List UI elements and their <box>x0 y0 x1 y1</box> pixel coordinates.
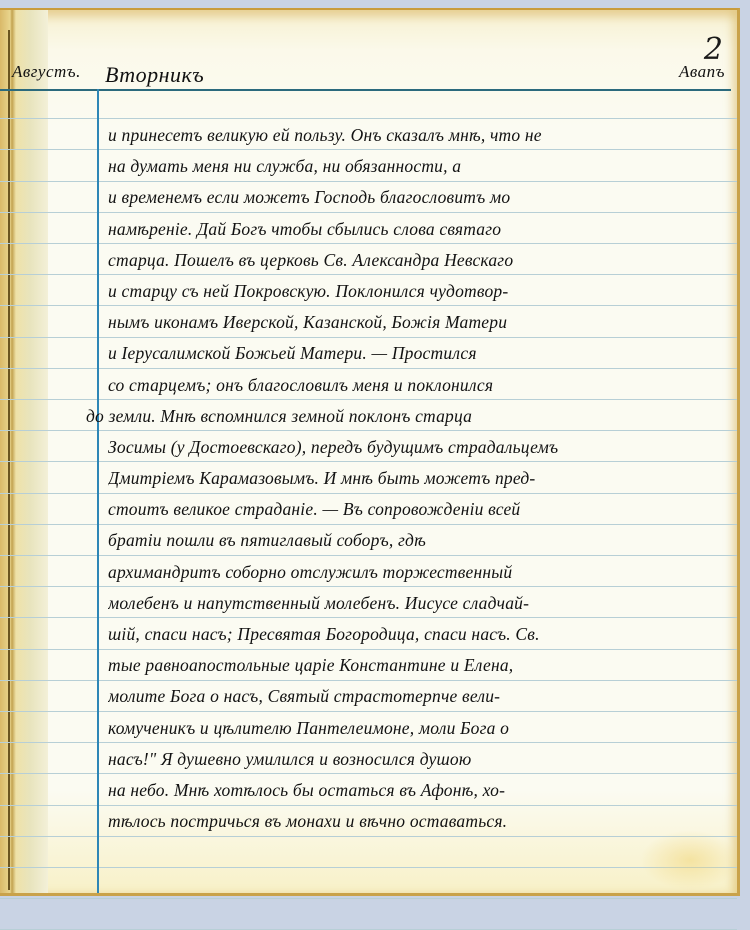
text-line: стоитъ великое страданіе. — Въ сопровожд… <box>108 494 738 525</box>
text-line: старца. Пошелъ въ церковь Св. Александра… <box>108 245 738 276</box>
text-line: до земли. Мнѣ вспомнился земной поклонъ … <box>86 401 738 432</box>
ruled-line <box>0 867 737 868</box>
binding-stitch-line <box>8 30 10 890</box>
text-line: нымъ иконамъ Иверской, Казанской, Божія … <box>108 307 738 338</box>
text-line: тые равноапостольные царіе Константине и… <box>108 650 738 681</box>
text-line: и принесетъ великую ей пользу. Онъ сказа… <box>108 120 738 151</box>
text-line: Дмитріемъ Карамазовымъ. И мнѣ быть может… <box>108 463 738 494</box>
text-line: и временемъ если можетъ Господь благосло… <box>108 182 738 213</box>
header-weekday: Вторникъ <box>105 62 204 88</box>
text-line: и старцу съ ней Покровскую. Поклонился ч… <box>108 276 738 307</box>
text-line: Зосимы (у Достоевскаго), передъ будущимъ… <box>108 432 738 463</box>
handwritten-text-body: и принесетъ великую ей пользу. Онъ сказа… <box>108 120 738 837</box>
header-right-word: Авапъ <box>679 62 725 82</box>
text-line: комученикъ и цѣлителю Пантелеимоне, моли… <box>108 713 738 744</box>
header-rule <box>0 89 731 91</box>
text-line: на думать меня ни служба, ни обязанности… <box>108 151 738 182</box>
header-month: Августъ. <box>12 62 81 82</box>
text-line: и Іерусалимской Божьей Матери. — Простил… <box>108 338 738 369</box>
margin-line <box>97 89 99 893</box>
text-line: молебенъ и напутственный молебенъ. Иисус… <box>108 588 738 619</box>
diary-page: 2 Августъ. Вторникъ Авапъ и принесетъ ве… <box>0 8 740 896</box>
text-line: шій, спаси насъ; Пресвятая Богородица, с… <box>108 619 738 650</box>
paper-stain <box>640 830 740 890</box>
text-line: на небо. Мнѣ хотѣлось бы остаться въ Афо… <box>108 775 738 806</box>
text-line: архимандритъ соборно отслужилъ торжестве… <box>108 557 738 588</box>
text-line: со старцемъ; онъ благословилъ меня и пок… <box>108 370 738 401</box>
text-line: братіи пошли въ пятиглавый соборъ, гдѣ <box>108 525 738 556</box>
text-line: насъ!" Я душевно умилился и возносился д… <box>108 744 738 775</box>
text-line: намѣреніе. Дай Богъ чтобы сбылись слова … <box>108 214 738 245</box>
text-line: молите Бога о насъ, Святый страстотерпче… <box>108 681 738 712</box>
